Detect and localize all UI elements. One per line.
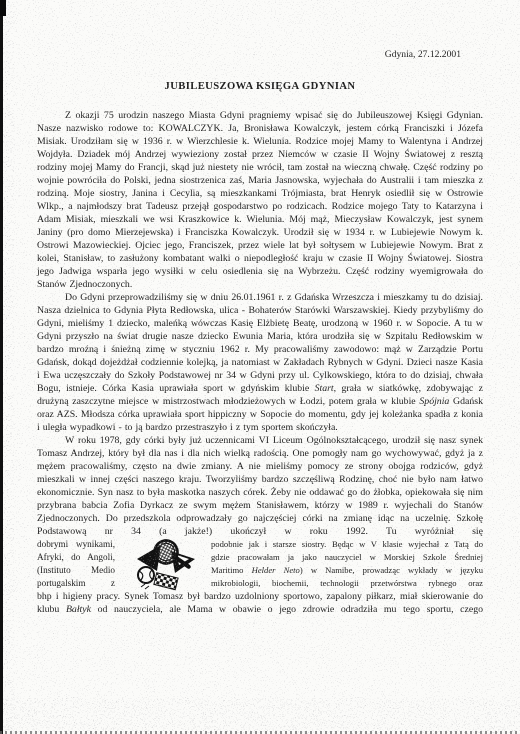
wrap-right-line: podobnie jak i starsze siostry. Będąc w … xyxy=(211,538,483,551)
paragraph-tail-cutoff: bhp i higieny pracy. Synek Tomasz był ba… xyxy=(37,590,483,616)
scanned-page: Gdynia, 27.12.2001 JUBILEUSZOWA KSIĘGA G… xyxy=(0,0,520,734)
wrap-left-line: dobrymi wynikami, xyxy=(37,538,115,551)
wrap-right-column: podobnie jak i starsze siostry. Będąc w … xyxy=(211,538,483,590)
wrap-right-line: Maritimo Helder Neto) w Namibe, prowadzą… xyxy=(211,564,483,577)
wrap-left-line: (Instituto Medio xyxy=(37,564,115,577)
paragraph-move-to-gdynia: Do Gdyni przeprowadziliśmy się w dniu 26… xyxy=(37,291,483,434)
wrap-right-line: gdzie pracowałam ja jako nauczyciel w Mo… xyxy=(211,551,483,564)
wrap-left-line: portugalskim z xyxy=(37,577,115,590)
wrap-left-line: Afryki, do Angoli, xyxy=(37,551,115,564)
wrap-left-column: dobrymi wynikami, Afryki, do Angoli, (In… xyxy=(37,538,115,590)
document-title: JUBILEUSZOWA KSIĘGA GDYNIAN xyxy=(37,80,483,93)
text-wrap-section: dobrymi wynikami, Afryki, do Angoli, (In… xyxy=(37,538,483,590)
paragraph-son-birth: W roku 1978, gdy córki były już uczennic… xyxy=(37,434,483,538)
scan-edge-artifact-left xyxy=(0,0,3,734)
sports-clipart-image xyxy=(133,538,197,590)
wrap-right-line: mikrobiologii, biochemii, technologii pr… xyxy=(211,577,483,590)
document-content: Gdynia, 27.12.2001 JUBILEUSZOWA KSIĘGA G… xyxy=(37,0,483,616)
paragraph-family-origins: Z okazji 75 urodzin naszego Miasta Gdyni… xyxy=(37,109,483,291)
body-text: Z okazji 75 urodzin naszego Miasta Gdyni… xyxy=(37,109,483,616)
date-line: Gdynia, 27.12.2001 xyxy=(37,49,483,61)
scan-edge-artifact-top-left xyxy=(0,0,6,16)
